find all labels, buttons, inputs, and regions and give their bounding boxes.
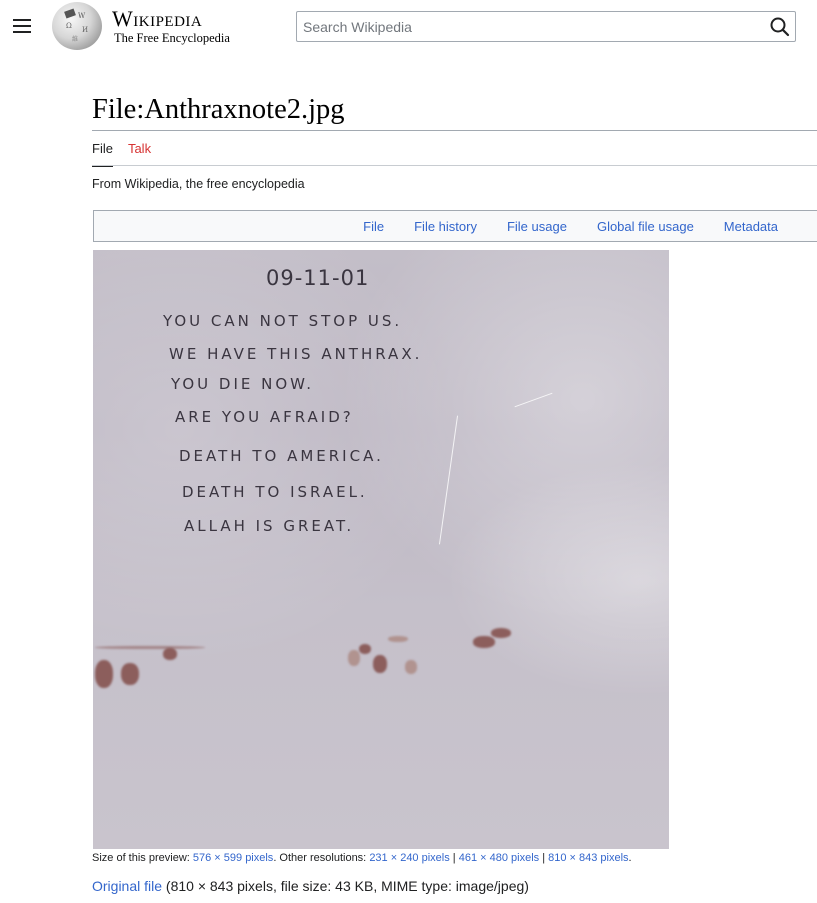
note-line: ARE YOU AFRAID? <box>175 408 354 426</box>
wikipedia-globe-icon: W Ω И 維 <box>52 2 102 50</box>
file-preview-image[interactable]: 09-11-01 YOU CAN NOT STOP US. WE HAVE TH… <box>93 250 669 849</box>
site-tagline: From Wikipedia, the free encyclopedia <box>92 176 305 192</box>
note-line: DEATH TO ISRAEL. <box>182 483 368 501</box>
hamburger-icon <box>13 19 31 21</box>
preview-size-link[interactable]: 576 × 599 pixels <box>193 852 273 864</box>
note-line: YOU DIE NOW. <box>171 375 314 393</box>
file-toc-bar: File File history File usage Global file… <box>93 210 817 242</box>
tabs-divider <box>92 165 817 166</box>
wordmark-tagline: The Free Encyclopedia <box>114 31 230 45</box>
wordmark: Wikipedia The Free Encyclopedia <box>112 7 230 45</box>
original-file-link[interactable]: Original file <box>92 878 162 894</box>
preview-size-info: Size of this preview: 576 × 599 pixels. … <box>92 851 632 865</box>
title-divider <box>92 130 817 131</box>
toc-file-history[interactable]: File history <box>414 219 477 234</box>
resolution-link-461[interactable]: 461 × 480 pixels <box>459 852 539 864</box>
search-box <box>296 11 796 42</box>
tab-talk[interactable]: Talk <box>128 140 151 167</box>
tab-file[interactable]: File <box>92 140 113 167</box>
note-line: YOU CAN NOT STOP US. <box>163 312 402 330</box>
search-button[interactable] <box>769 16 791 38</box>
original-file-details: (810 × 843 pixels, file size: 43 KB, MIM… <box>166 878 529 894</box>
toc-global-file-usage[interactable]: Global file usage <box>597 219 694 234</box>
search-input[interactable] <box>297 12 757 41</box>
namespace-tabs: File Talk <box>92 140 166 167</box>
original-file-info: Original file (810 × 843 pixels, file si… <box>92 877 529 895</box>
resolution-link-810[interactable]: 810 × 843 pixels <box>548 852 628 864</box>
page-title: File:Anthraxnote2.jpg <box>92 92 345 128</box>
site-header: W Ω И 維 Wikipedia The Free Encyclopedia <box>0 0 817 56</box>
note-line: ALLAH IS GREAT. <box>184 517 354 535</box>
note-line: DEATH TO AMERICA. <box>179 447 384 465</box>
wikipedia-logo-link[interactable]: W Ω И 維 Wikipedia The Free Encyclopedia <box>52 2 230 50</box>
resolution-link-231[interactable]: 231 × 240 pixels <box>369 852 449 864</box>
wordmark-title: Wikipedia <box>112 7 230 31</box>
search-icon <box>769 16 791 38</box>
toc-metadata[interactable]: Metadata <box>724 219 778 234</box>
note-date: 09-11-01 <box>266 266 369 290</box>
toc-file[interactable]: File <box>363 219 384 234</box>
main-menu-button[interactable] <box>8 12 36 40</box>
toc-file-usage[interactable]: File usage <box>507 219 567 234</box>
note-line: WE HAVE THIS ANTHRAX. <box>169 345 422 363</box>
